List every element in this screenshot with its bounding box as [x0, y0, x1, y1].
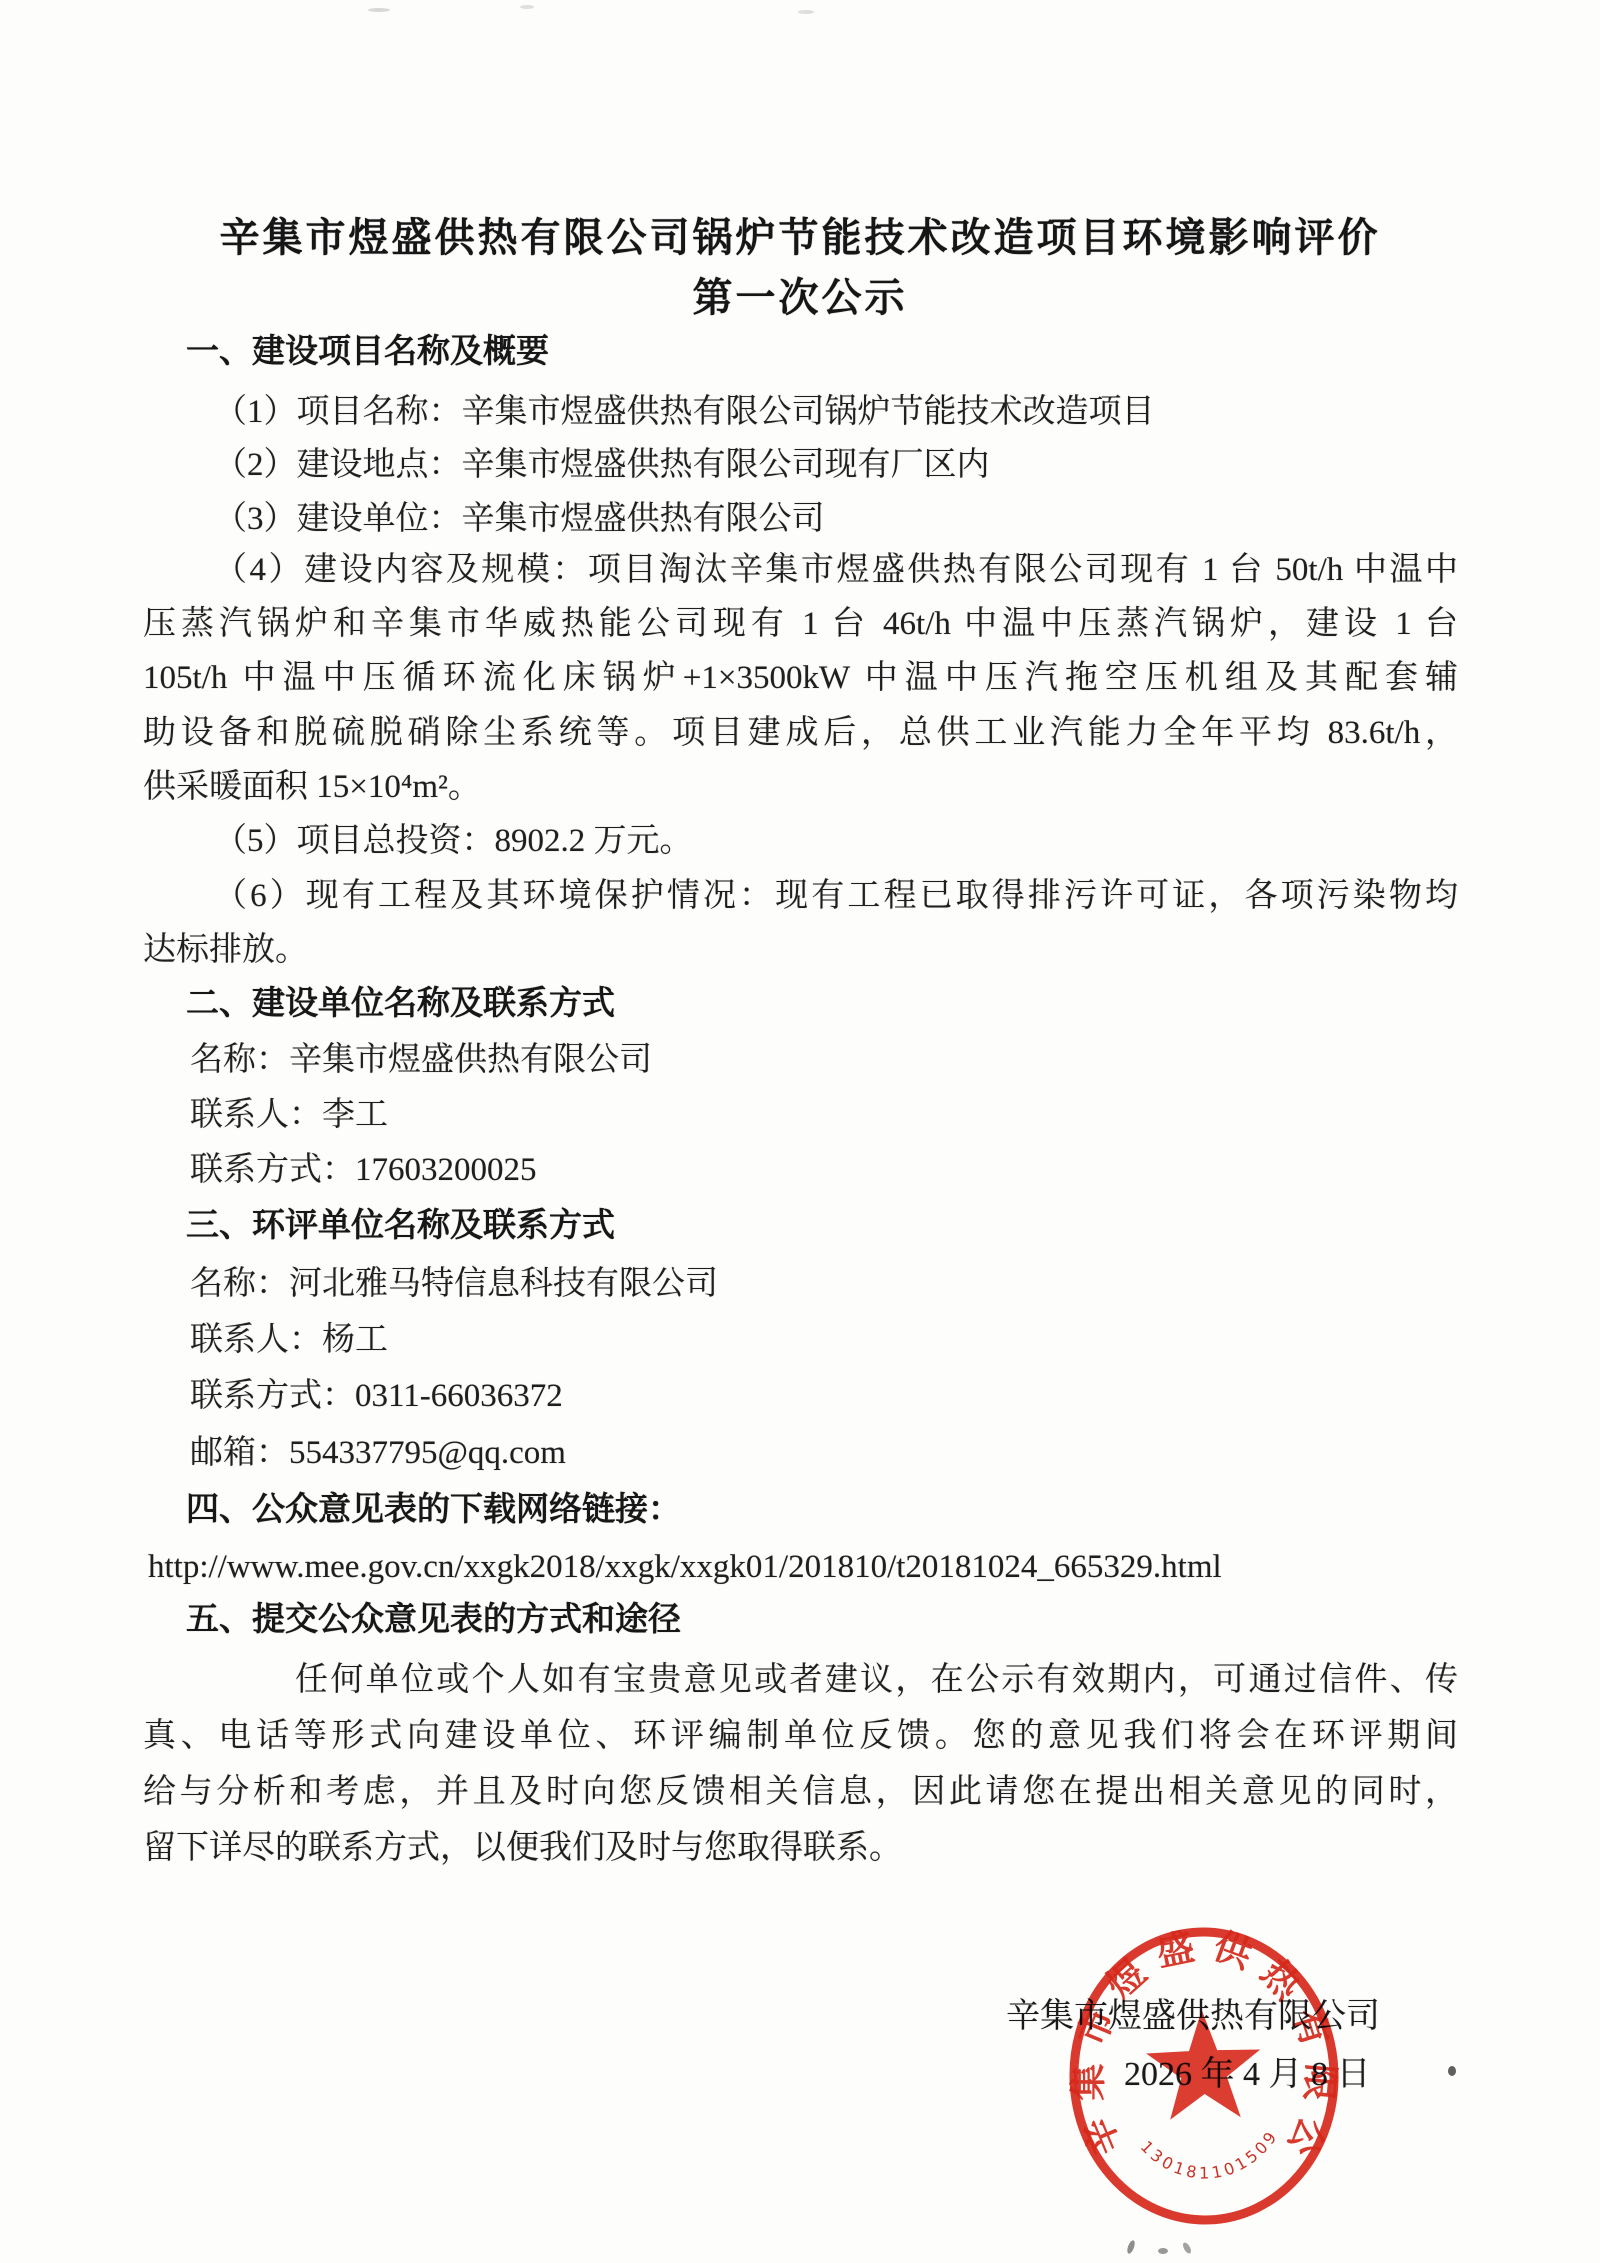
- official-seal: 辛集市煜盛供热有限公司 1301811015091: [1057, 1919, 1351, 2233]
- scan-artifact: [520, 5, 534, 9]
- contact-person: 联系人：李工: [190, 1088, 388, 1142]
- section-heading-2: 二、建设单位名称及联系方式: [186, 977, 615, 1031]
- document-line: 供采暖面积 15×10⁴m²。: [143, 760, 481, 814]
- document-line: 达标排放。: [143, 923, 308, 977]
- contact-phone: 联系方式：17603200025: [190, 1143, 537, 1197]
- document-line: 助设备和脱硫脱硝除尘系统等。项目建成后，总供工业汽能力全年平均 83.6t/h，: [143, 706, 1458, 760]
- document-line: 105t/h 中温中压循环流化床锅炉+1×3500kW 中温中压汽拖空压机组及其…: [143, 651, 1458, 705]
- document-subtitle: 第一次公示: [0, 266, 1600, 323]
- document-line: 压蒸汽锅炉和辛集市华威热能公司现有 1 台 46t/h 中温中压蒸汽锅炉，建设 …: [143, 597, 1458, 651]
- document-line: （3）建设单位：辛集市煜盛供热有限公司: [214, 492, 825, 546]
- contact-phone: 联系方式：0311-66036372: [190, 1369, 563, 1423]
- section-heading-4: 四、公众意见表的下载网络链接：: [186, 1483, 681, 1537]
- document-line: （4）建设内容及规模：项目淘汰辛集市煜盛供热有限公司现有 1 台 50t/h 中…: [214, 543, 1458, 597]
- contact-name: 名称：辛集市煜盛供热有限公司: [190, 1033, 652, 1087]
- scan-artifact: [798, 10, 814, 14]
- document-line: （5）项目总投资：8902.2 万元。: [214, 814, 693, 868]
- document-title: 辛集市煜盛供热有限公司锅炉节能技术改造项目环境影响评价: [0, 206, 1600, 263]
- scan-artifact: [1181, 2241, 1192, 2254]
- download-url: http://www.mee.gov.cn/xxgk2018/xxgk/xxgk…: [148, 1540, 1222, 1594]
- scan-artifact: [1126, 2239, 1136, 2254]
- scan-artifact: [1158, 2248, 1168, 2254]
- contact-person: 联系人：杨工: [190, 1313, 388, 1367]
- document-line: （2）建设地点：辛集市煜盛供热有限公司现有厂区内: [214, 438, 990, 492]
- document-line: 给与分析和考虑，并且及时向您反馈相关信息，因此请您在提出相关意见的同时，: [143, 1765, 1458, 1819]
- document-line: 任何单位或个人如有宝贵意见或者建议，在公示有效期内，可通过信件、传: [295, 1653, 1458, 1707]
- section-heading-3: 三、环评单位名称及联系方式: [186, 1199, 615, 1253]
- scan-artifact: [368, 8, 390, 12]
- section-heading-5: 五、提交公众意见表的方式和途径: [186, 1593, 681, 1647]
- document-line: 留下详尽的联系方式，以便我们及时与您取得联系。: [143, 1821, 902, 1875]
- seal-star-icon: [1145, 2008, 1263, 2120]
- document-line: （6）现有工程及其环境保护情况：现有工程已取得排污许可证，各项污染物均: [214, 869, 1458, 923]
- document-line: （1）项目名称：辛集市煜盛供热有限公司锅炉节能技术改造项目: [214, 385, 1155, 439]
- contact-email: 邮箱：554337795@qq.com: [190, 1426, 566, 1480]
- section-heading-1: 一、建设项目名称及概要: [186, 325, 549, 379]
- contact-name: 名称：河北雅马特信息科技有限公司: [190, 1257, 718, 1311]
- scanned-document-page: 辛集市煜盛供热有限公司锅炉节能技术改造项目环境影响评价 第一次公示 一、建设项目…: [0, 0, 1600, 2263]
- document-line: 真、电话等形式向建设单位、环评编制单位反馈。您的意见我们将会在环评期间: [143, 1709, 1458, 1763]
- scan-artifact: [1448, 2066, 1456, 2076]
